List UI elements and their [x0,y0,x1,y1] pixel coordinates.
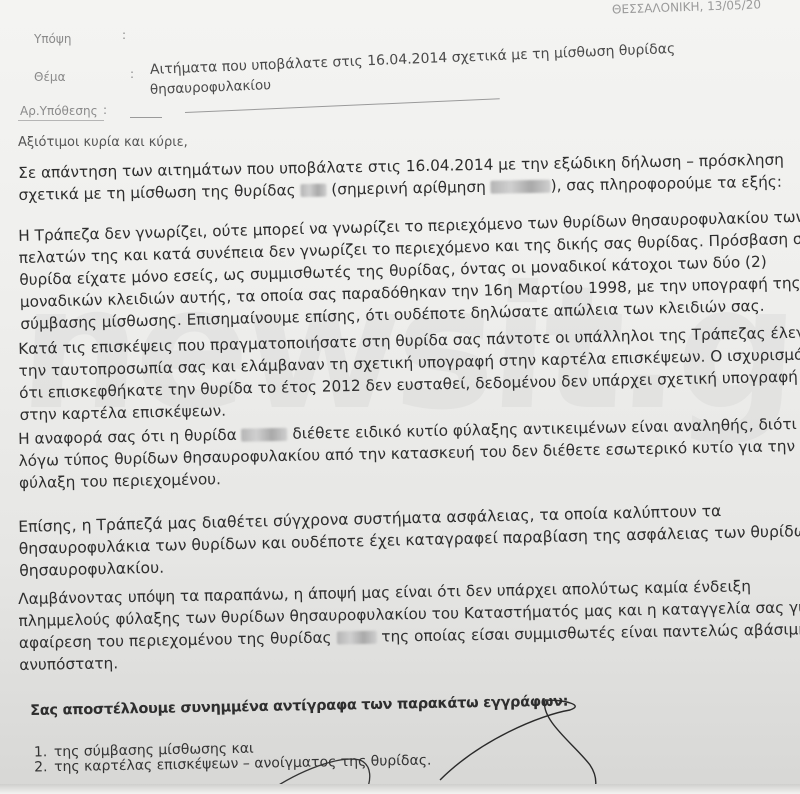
text-line: Σας αποστέλλουμε συνημμένα αντίγραφα των… [30,686,800,722]
subject-line-1: Αιτήματα που υποβάλατε στις 16.04.2014 σ… [150,41,676,78]
case-number-colon: : [103,103,107,117]
scanned-letter: newsit.gr ΘΕΣΣΑΛΟΝΙΚΗ, 13/05/20 Υπόψη : … [0,0,800,794]
subject-line-2: θησαυροφυλακίου [150,77,272,98]
redacted-box-number [241,428,287,442]
body-paragraph: Κατά τις επισκέψεις που πραγματοποιήσατε… [18,322,796,426]
subject-underline [185,98,500,113]
body-paragraph: Λαμβάνοντας υπόψη τα παραπάνω, η άποψή μ… [18,574,795,676]
body-paragraph: Η αναφορά σας ότι η θυρίδα διέθετε ειδικ… [18,413,795,494]
redacted-box-number [491,180,551,194]
case-number-field [130,117,162,118]
body-paragraph: Επίσης, η Τράπεζά μας διαθέτει σύγχρονα … [18,498,795,582]
redacted-box-number [336,631,376,645]
body-paragraph: Σας αποστέλλουμε συνημμένα αντίγραφα των… [30,686,800,722]
case-number-underline [18,120,104,121]
body-paragraph: Σε απάντηση των αιτημάτων που υποβάλατε … [18,148,795,206]
page-edge [0,784,800,794]
attention-label: Υπόψη [34,32,71,46]
subject-colon: : [130,67,134,81]
subject-label: Θέμα [34,70,65,84]
place-date: ΘΕΣΣΑΛΟΝΙΚΗ, 13/05/20 [612,0,761,17]
attention-colon: : [122,28,126,42]
redacted-box-number [300,184,326,197]
body-paragraph: Η Τράπεζα δεν γνωρίζει, ούτε μπορεί να γ… [18,206,796,335]
case-number-label: Αρ.Υπόθεσης [20,104,98,118]
attachments-list: 1.της σύμβασης μίσθωσης και 2.της καρτέλ… [34,739,432,776]
